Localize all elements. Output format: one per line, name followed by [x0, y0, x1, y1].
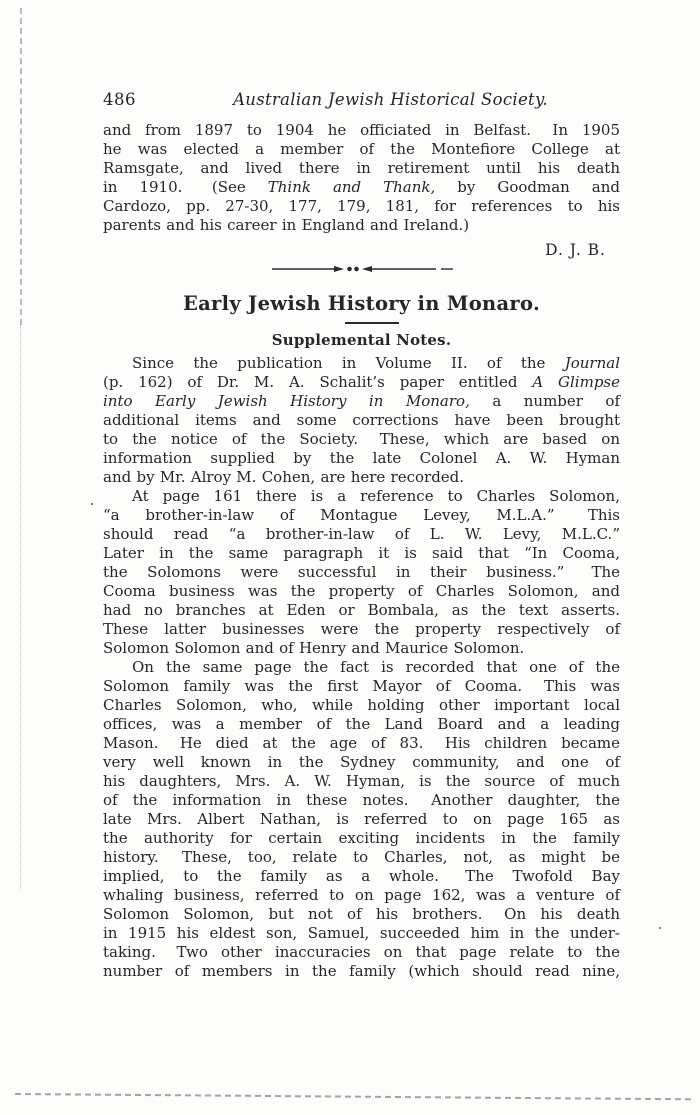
text-segment: by Goodman and [435, 178, 620, 196]
italic-text-segment: A Glimpse [532, 373, 620, 391]
ink-dot-artifact [659, 927, 661, 929]
divider-rule-icon [270, 264, 454, 274]
author-initials: D. J. B. [103, 241, 620, 260]
text-line: On the same page the fact is recorded th… [103, 658, 620, 677]
text-line: whaling business, referred to on page 16… [103, 886, 620, 905]
ink-dot-artifact [91, 503, 93, 505]
text-line: At page 161 there is a reference to Char… [103, 487, 620, 506]
text-line: implied, to the family as a whole. The T… [103, 867, 620, 886]
text-line: very well known in the Sydney community,… [103, 753, 620, 772]
text-line: offices, was a member of the Land Board … [103, 715, 620, 734]
article-paragraph-1: Since the publication in Volume II. of t… [103, 354, 620, 487]
text-line: and from 1897 to 1904 he officiated in B… [103, 121, 620, 140]
text-line: he was elected a member of the Montefior… [103, 140, 620, 159]
text-line: his daughters, Mrs. A. W. Hyman, is the … [103, 772, 620, 791]
running-title: Australian Jewish Historical Society. [175, 90, 606, 109]
text-line: late Mrs. Albert Nathan, is referred to … [103, 810, 620, 829]
text-line: and by Mr. Alroy M. Cohen, are here reco… [103, 468, 620, 487]
article-subtitle: Supplemental Notes. [103, 331, 620, 349]
text-line: (p. 162) of Dr. M. A. Schalit’s paper en… [103, 373, 620, 392]
text-line: These latter businesses were the propert… [103, 620, 620, 639]
page-content: 486 Australian Jewish Historical Society… [103, 90, 620, 981]
scan-edge-artifact-bottom [15, 1093, 691, 1100]
article-paragraph-3: On the same page the fact is recorded th… [103, 658, 620, 981]
scan-edge-artifact-left-bottom [20, 325, 21, 890]
text-line: Mason. He died at the age of 83. His chi… [103, 734, 620, 753]
text-line: Solomon Solomon and of Henry and Maurice… [103, 639, 620, 658]
italic-text-segment: Journal [565, 354, 620, 372]
scan-edge-artifact-left-top [20, 8, 22, 325]
text-line: Solomon Solomon, but not of his brothers… [103, 905, 620, 924]
text-line: history. These, too, relate to Charles, … [103, 848, 620, 867]
text-line: Ramsgate, and lived there in retirement … [103, 159, 620, 178]
text-line: in 1915 his eldest son, Samuel, succeede… [103, 924, 620, 943]
text-line: the authority for certain exciting incid… [103, 829, 620, 848]
text-line: in 1910. (See Think and Thank, by Goodma… [103, 178, 620, 197]
text-line: Since the publication in Volume II. of t… [103, 354, 620, 373]
obituary-closing-paragraph: and from 1897 to 1904 he officiated in B… [103, 121, 620, 235]
scanned-book-page: 486 Australian Jewish Historical Society… [0, 0, 700, 1115]
italic-text-segment: into Early Jewish History in Monaro, [103, 392, 470, 410]
text-line: into Early Jewish History in Monaro, a n… [103, 392, 620, 411]
text-segment: in 1910. (See [103, 178, 268, 196]
text-line: Later in the same paragraph it is said t… [103, 544, 620, 563]
text-line: information supplied by the late Colonel… [103, 449, 620, 468]
text-line: the Solomons were successful in their bu… [103, 563, 620, 582]
text-line: parents and his career in England and Ir… [103, 216, 620, 235]
text-line: number of members in the family (which s… [103, 962, 620, 981]
text-segment: (p. 162) of Dr. M. A. Schalit’s paper en… [103, 373, 532, 391]
text-line: Charles Solomon, who, while holding othe… [103, 696, 620, 715]
text-line: taking. Two other inaccuracies on that p… [103, 943, 620, 962]
page-number: 486 [103, 90, 175, 109]
text-line: “a brother-in-law of Montague Levey, M.L… [103, 506, 620, 525]
article-title: Early Jewish History in Monaro. [103, 291, 620, 317]
text-line: of the information in these notes. Anoth… [103, 791, 620, 810]
text-line: to the notice of the Society. These, whi… [103, 430, 620, 449]
title-rule [345, 322, 399, 324]
text-line: additional items and some corrections ha… [103, 411, 620, 430]
article-paragraph-2: At page 161 there is a reference to Char… [103, 487, 620, 658]
text-line: should read “a brother-in-law of L. W. L… [103, 525, 620, 544]
text-segment: Since the publication in Volume II. of t… [132, 354, 565, 372]
section-divider-ornament [103, 264, 620, 274]
text-line: Cooma business was the property of Charl… [103, 582, 620, 601]
text-segment: a number of [470, 392, 620, 410]
text-line: had no branches at Eden or Bombala, as t… [103, 601, 620, 620]
page-header: 486 Australian Jewish Historical Society… [103, 90, 620, 109]
text-line: Cardozo, pp. 27-30, 177, 179, 181, for r… [103, 197, 620, 216]
italic-text-segment: Think and Thank, [268, 178, 436, 196]
text-line: Solomon family was the first Mayor of Co… [103, 677, 620, 696]
